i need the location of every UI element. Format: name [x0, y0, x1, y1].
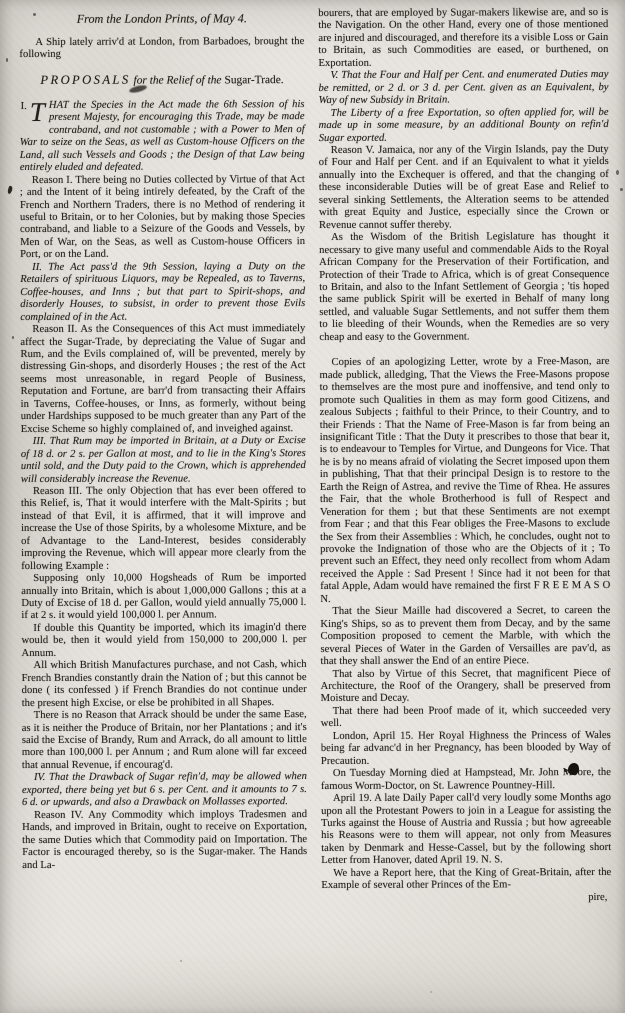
paragraph: Reason II. As the Consequences of this A…	[20, 323, 305, 436]
title-mid: for the Relief of the	[134, 74, 222, 86]
paragraph: II. The Act pass'd the 9th Session, layi…	[20, 261, 305, 324]
paragraph: There is no Reason that Arrack should be…	[22, 709, 307, 772]
paragraph: That the Sieur Maille had discovered a S…	[320, 605, 610, 668]
paragraph: As the Wisdom of the British Legislature…	[319, 231, 609, 344]
left-column-paragraphs: Reason I. There being no Duties collecte…	[20, 174, 307, 872]
proposal-numeral: I.	[21, 101, 27, 112]
dropcap-letter: T	[30, 97, 45, 127]
paragraph: The Liberty of a free Exportation, so of…	[319, 107, 609, 145]
paragraph: V. That the Four and Half per Cent. and …	[318, 69, 608, 107]
paragraph: IV. That the Drawback of Sugar refin'd, …	[22, 771, 307, 809]
intro-paragraph: A Ship lately arriv'd at London, from Ba…	[19, 36, 304, 62]
margin-ink-mark	[7, 186, 13, 195]
paper-speck	[12, 336, 14, 339]
dateline: From the London Prints, of May 4.	[19, 12, 304, 26]
text-columns: From the London Prints, of May 4. A Ship…	[19, 7, 611, 1009]
catchword: pire,	[321, 892, 611, 905]
paper-speck	[6, 58, 8, 62]
paragraph: Reason III. The only Objection that has …	[21, 485, 306, 573]
right-column: bourers, that are employed by Sugar-make…	[318, 7, 611, 1008]
paragraph: Reason IV. Any Commodity which imploys T…	[22, 809, 307, 872]
paragraph: We have a Report here, that the King of …	[321, 867, 611, 893]
paragraph: London, April 15. Her Royal Highness the…	[321, 730, 611, 768]
paragraph: bourers, that are employed by Sugar-make…	[318, 7, 608, 70]
paragraph: III. That Rum may be imported in Britain…	[21, 435, 306, 486]
paragraph: Reason I. There being no Duties collecte…	[20, 174, 305, 262]
paper-speck	[616, 170, 619, 175]
paragraph: That there had been Proof made of it, wh…	[321, 705, 611, 731]
proposals-title: PROPOSALSfor the Relief of theSugar-Trad…	[19, 73, 304, 88]
paragraph: That also by Virtue of this Secret, that…	[321, 668, 611, 706]
paragraph: Copies of an apologizing Letter, wrote b…	[319, 356, 610, 606]
paragraph: Reason V. Jamaica, nor any of the Virgin…	[319, 144, 609, 232]
paper-speck	[620, 188, 623, 191]
title-end: Sugar-Trade.	[224, 74, 283, 86]
title-caps: PROPOSALS	[40, 73, 130, 87]
first-proposal-paragraph: I.THAT the Species in the Act made the 6…	[20, 99, 305, 175]
paragraph: If double this Quantity be imported, whi…	[21, 622, 306, 660]
paragraph: All which British Manufactures purchase,…	[22, 659, 307, 710]
left-column: From the London Prints, of May 4. A Ship…	[19, 8, 307, 1009]
newspaper-scan-page: From the London Prints, of May 4. A Ship…	[0, 0, 625, 1013]
paragraph: On Tuesday Morning died at Hampstead, Mr…	[321, 767, 611, 793]
paragraph: Supposing only 10,000 Hogsheads of Rum b…	[21, 572, 306, 623]
paragraph: April 19. A late Daily Paper call'd very…	[321, 792, 611, 868]
dropcap-block: I.T	[21, 101, 45, 125]
first-proposal-text: HAT the Species in the Act made the 6th …	[20, 99, 305, 173]
right-column-paragraphs: bourers, that are employed by Sugar-make…	[318, 7, 611, 893]
